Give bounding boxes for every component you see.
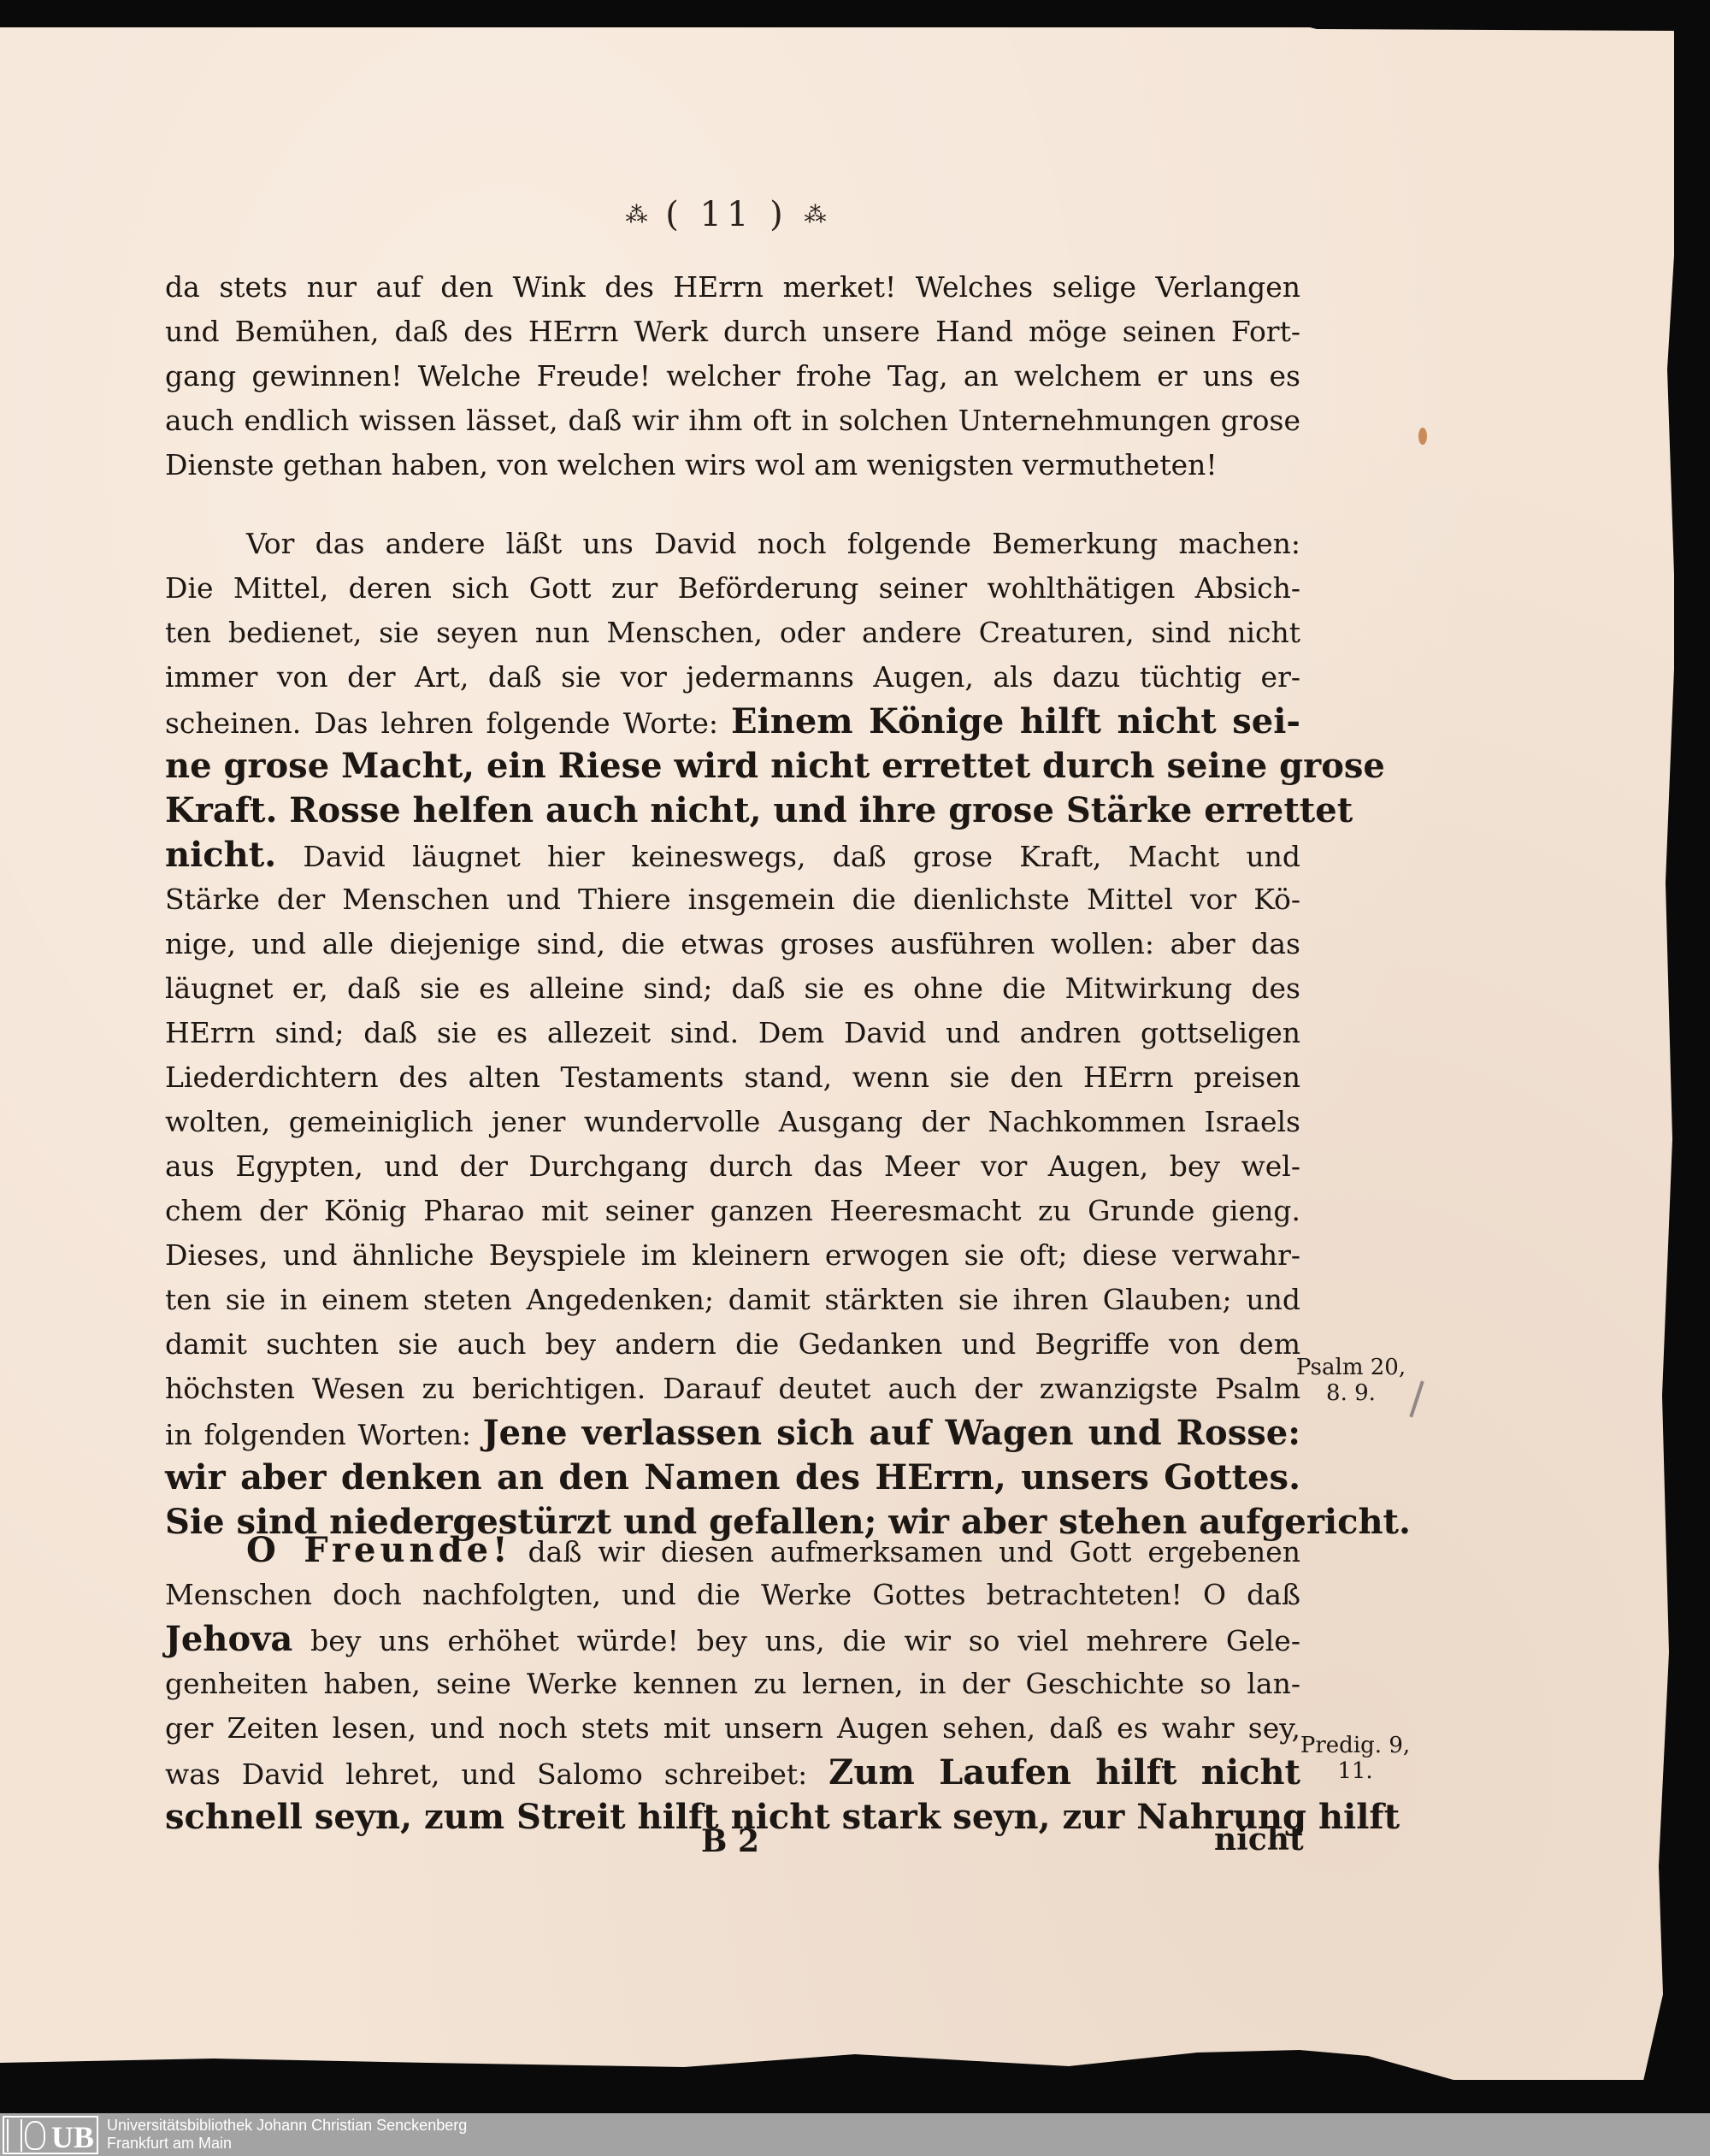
signature-mark: B 2 [701, 1823, 759, 1859]
scanned-page: ⁂ ( 11 ) ⁂ da stets nur auf den Wink des… [0, 27, 1674, 2080]
text-line: auch endlich wissen lässet, daß wir ihm … [165, 399, 1300, 443]
text-line: ger Zeiten lesen, und noch stets mit uns… [165, 1706, 1300, 1751]
body-text: Stärke der Menschen und Thiere insgemein… [165, 883, 1300, 916]
body-text: gang gewinnen! Welche Freude! welcher fr… [165, 359, 1300, 393]
body-text: Liederdichtern des alten Testaments stan… [165, 1060, 1300, 1094]
text-line: Liederdichtern des alten Testaments stan… [165, 1055, 1300, 1100]
text-line: nicht. David läugnet hier keineswegs, da… [165, 833, 1300, 877]
text-line: genheiten haben, seine Werke kennen zu l… [165, 1662, 1300, 1706]
body-text: und Bemühen, daß des HErrn Werk durch un… [165, 315, 1300, 348]
text-line: in folgenden Worten: Jene verlassen sich… [165, 1411, 1300, 1456]
text-line: wir aber denken an den Namen des HErrn, … [165, 1456, 1300, 1500]
body-text: ten sie in einem steten Angedenken; dami… [165, 1283, 1300, 1316]
text-line: Jehova bey uns erhöhet würde! bey uns, d… [165, 1617, 1300, 1662]
ornament-stars-left: ⁂ [626, 203, 650, 228]
body-text: HErrn sind; daß sie es allezeit sind. De… [165, 1016, 1300, 1049]
paragraph-2: Vor das andere läßt uns David noch folge… [165, 522, 1300, 1545]
library-name: Universitätsbibliothek Johann Christian … [107, 2117, 467, 2135]
body-text: was David lehret, und Salomo schreibet: [165, 1757, 828, 1791]
body-text: in folgenden Worten: [165, 1418, 483, 1451]
body-text: höchsten Wesen zu berichtigen. Darauf de… [165, 1372, 1300, 1405]
body-text: aus Egypten, und der Durchgang durch das… [165, 1149, 1300, 1183]
text-line: HErrn sind; daß sie es allezeit sind. De… [165, 1011, 1300, 1055]
text-line: Die Mittel, deren sich Gott zur Beförder… [165, 566, 1300, 611]
emphasized-text: Jehova [165, 1619, 292, 1659]
text-line: wolten, gemeiniglich jener wundervolle A… [165, 1100, 1300, 1144]
text-line: ten sie in einem steten Angedenken; dami… [165, 1278, 1300, 1322]
emphasized-text: Kraft. Rosse helfen auch nicht, und ihre… [165, 790, 1353, 830]
emphasized-text: wir aber denken an den Namen des HErrn, … [165, 1457, 1300, 1497]
ink-stain [1418, 428, 1427, 445]
text-line: ne grose Macht, ein Riese wird nicht err… [165, 744, 1300, 789]
body-text: nige, und alle diejenige sind, die etwas… [165, 927, 1300, 960]
text-line: nige, und alle diejenige sind, die etwas… [165, 922, 1300, 966]
text-line: O Freunde! daß wir diesen aufmerksamen u… [165, 1528, 1300, 1573]
body-text: Vor das andere läßt uns David noch folge… [246, 527, 1300, 560]
text-line: Dieses, und ähnliche Beyspiele im kleine… [165, 1233, 1300, 1278]
margin-note-predig: Predig. 9, 11. [1291, 1733, 1419, 1784]
ornament-stars-right: ⁂ [804, 203, 828, 228]
body-text: Die Mittel, deren sich Gott zur Beförder… [165, 571, 1300, 605]
logo-text: UB [51, 2120, 94, 2154]
text-line: höchsten Wesen zu berichtigen. Darauf de… [165, 1367, 1300, 1411]
page-number: ( 11 ) [665, 195, 788, 234]
body-text: da stets nur auf den Wink des HErrn merk… [165, 270, 1300, 304]
text-line: Kraft. Rosse helfen auch nicht, und ihre… [165, 789, 1300, 833]
text-line: immer von der Art, daß sie vor jedermann… [165, 655, 1300, 700]
footer-text: Universitätsbibliothek Johann Christian … [107, 2117, 467, 2153]
paragraph-3: O Freunde! daß wir diesen aufmerksamen u… [165, 1528, 1300, 1840]
text-line: ten bedienet, sie seyen nun Menschen, od… [165, 611, 1300, 655]
page-header: ⁂ ( 11 ) ⁂ [0, 195, 1453, 234]
emphasized-text: Jene verlassen sich auf Wagen und Rosse: [483, 1413, 1300, 1453]
text-line: was David lehret, und Salomo schreibet: … [165, 1751, 1300, 1795]
text-line: da stets nur auf den Wink des HErrn merk… [165, 265, 1300, 310]
text-line: Stärke der Menschen und Thiere insgemein… [165, 877, 1300, 922]
body-text: ten bedienet, sie seyen nun Menschen, od… [165, 616, 1300, 649]
body-text: bey uns erhöhet würde! bey uns, die wir … [292, 1624, 1300, 1657]
text-line: läugnet er, daß sie es alleine sind; daß… [165, 966, 1300, 1011]
margin-note-psalm: Psalm 20, 8. 9. [1287, 1355, 1415, 1406]
margin-note-line: Psalm 20, [1287, 1355, 1415, 1380]
body-text: Dieses, und ähnliche Beyspiele im kleine… [165, 1238, 1300, 1272]
body-text: daß wir diesen aufmerksamen und Gott erg… [512, 1535, 1300, 1568]
body-text: immer von der Art, daß sie vor jedermann… [165, 660, 1300, 694]
body-text: chem der König Pharao mit seiner ganzen … [165, 1194, 1300, 1227]
body-text: Menschen doch nachfolgten, und die Werke… [165, 1578, 1300, 1611]
catchword: nicht [1214, 1822, 1304, 1858]
margin-note-line: 11. [1291, 1758, 1419, 1784]
logo-portrait-icon [25, 2121, 45, 2150]
body-text: damit suchten sie auch bey andern die Ge… [165, 1327, 1300, 1361]
text-line: Vor das andere läßt uns David noch folge… [165, 522, 1300, 566]
margin-note-line: Predig. 9, [1291, 1733, 1419, 1758]
body-text: Dienste gethan haben, von welchen wirs w… [165, 448, 1218, 481]
body-text: läugnet er, daß sie es alleine sind; daß… [165, 972, 1300, 1005]
text-line: aus Egypten, und der Durchgang durch das… [165, 1144, 1300, 1189]
text-line: gang gewinnen! Welche Freude! welcher fr… [165, 354, 1300, 399]
body-text: ger Zeiten lesen, und noch stets mit uns… [165, 1711, 1300, 1745]
text-line: Dienste gethan haben, von welchen wirs w… [165, 443, 1300, 487]
library-footer: UB Universitätsbibliothek Johann Christi… [0, 2113, 1710, 2156]
text-line: und Bemühen, daß des HErrn Werk durch un… [165, 310, 1300, 354]
paragraph-1: da stets nur auf den Wink des HErrn merk… [165, 265, 1300, 487]
emphasized-text: O Freunde! [246, 1530, 512, 1570]
emphasized-text: Einem Könige hilft nicht sei- [731, 701, 1300, 741]
body-text: auch endlich wissen lässet, daß wir ihm … [165, 404, 1300, 437]
margin-note-line: 8. 9. [1287, 1380, 1415, 1406]
text-line: Menschen doch nachfolgten, und die Werke… [165, 1573, 1300, 1617]
text-line: chem der König Pharao mit seiner ganzen … [165, 1189, 1300, 1233]
text-line: scheinen. Das lehren folgende Worte: Ein… [165, 700, 1300, 744]
body-text: scheinen. Das lehren folgende Worte: [165, 706, 731, 740]
ub-logo[interactable]: UB [3, 2116, 98, 2154]
emphasized-text: Zum Laufen hilft nicht [828, 1752, 1300, 1793]
emphasized-text: nicht. [165, 835, 276, 875]
body-text: genheiten haben, seine Werke kennen zu l… [165, 1667, 1300, 1700]
logo-columns-icon [7, 2119, 22, 2152]
body-text: wolten, gemeiniglich jener wundervolle A… [165, 1105, 1300, 1138]
emphasized-text: ne grose Macht, ein Riese wird nicht err… [165, 746, 1385, 786]
library-city: Frankfurt am Main [107, 2135, 467, 2153]
body-text: David läugnet hier keineswegs, daß grose… [276, 840, 1300, 873]
text-line: damit suchten sie auch bey andern die Ge… [165, 1322, 1300, 1367]
